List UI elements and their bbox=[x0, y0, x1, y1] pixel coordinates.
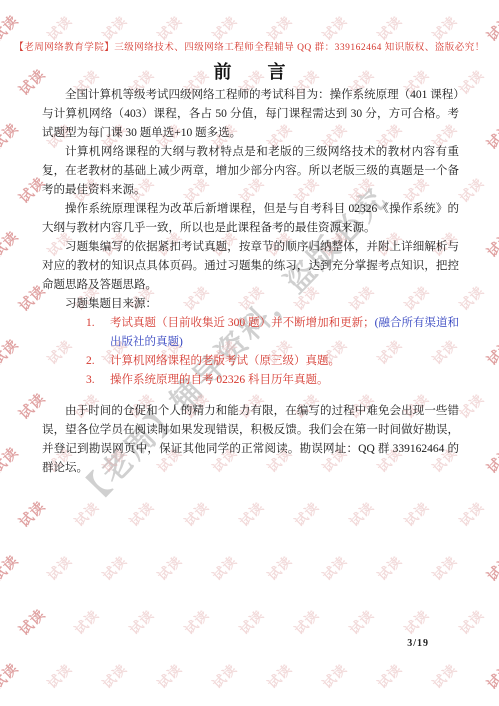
paragraph-workbook: 习题集编写的依据紧扣考试真题，按章节的顺序归纳整体，并附上详细解析与对应的教材的… bbox=[42, 238, 459, 295]
list-item-main: 操作系统原理的自考 02326 科目历年真题。 bbox=[110, 374, 329, 386]
list-item-text: 计算机网络课程的老版考试（原三级）真题。 bbox=[110, 352, 459, 371]
list-item-main: 计算机网络课程的老版考试（原三级）真题。 bbox=[110, 355, 340, 367]
paragraph-os-course: 操作系统原理课程为改革后新增课程，但是与自考科目 02326《操作系统》的大纲与… bbox=[42, 200, 459, 238]
list-item: 1. 考试真题（目前收集近 300 题）并不断增加和更新；(融合所有渠道和出版社… bbox=[86, 314, 459, 352]
page-title: 前 言 bbox=[0, 58, 499, 84]
paragraph-network-course: 计算机网络课程的大纲与教材特点是和老版的三级网络技术的教材内容有重复，在老教材的… bbox=[42, 143, 459, 200]
list-item-number: 2. bbox=[86, 352, 110, 371]
list-item-text: 考试真题（目前收集近 300 题）并不断增加和更新；(融合所有渠道和出版社的真题… bbox=[110, 314, 459, 352]
body-text: 全国计算机等级考试四级网络工程师的考试科目为：操作系统原理（401 课程）与计算… bbox=[42, 86, 459, 478]
paragraph-exam-overview: 全国计算机等级考试四级网络工程师的考试科目为：操作系统原理（401 课程）与计算… bbox=[42, 86, 459, 143]
header-notice: 【老周网络教育学院】三级网络技术、四级网络工程师全程辅导 QQ 群：339162… bbox=[0, 39, 499, 53]
list-item-number: 1. bbox=[86, 314, 110, 352]
list-item-number: 3. bbox=[86, 371, 110, 390]
list-item: 3. 操作系统原理的自考 02326 科目历年真题。 bbox=[86, 371, 459, 390]
list-item: 2. 计算机网络课程的老版考试（原三级）真题。 bbox=[86, 352, 459, 371]
paragraph-closing: 由于时间的仓促和个人的精力和能力有限，在编写的过程中难免会出现一些错误，望各位学… bbox=[42, 402, 459, 478]
question-source-list: 1. 考试真题（目前收集近 300 题）并不断增加和更新；(融合所有渠道和出版社… bbox=[86, 314, 459, 390]
document-page: 【老周】辅导资料，盗版必究 试读试读试读试读试读试读试读试读试读试读试读试读试读… bbox=[0, 0, 499, 706]
page-number: 3/19 bbox=[407, 638, 429, 649]
list-item-main: 考试真题（目前收集近 300 题）并不断增加和更新； bbox=[110, 317, 375, 329]
list-intro: 习题集题目来源： bbox=[42, 295, 459, 314]
page-content: 【老周网络教育学院】三级网络技术、四级网络工程师全程辅导 QQ 群：339162… bbox=[0, 0, 499, 706]
list-item-text: 操作系统原理的自考 02326 科目历年真题。 bbox=[110, 371, 459, 390]
